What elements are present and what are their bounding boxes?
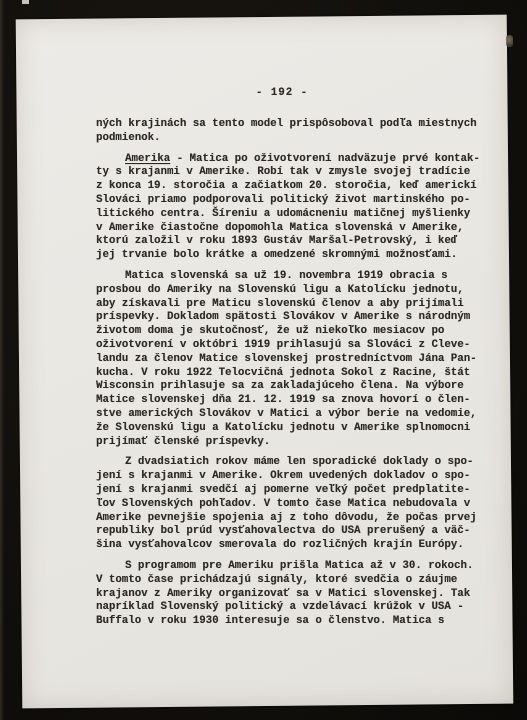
text-line: krajanov z Ameriky organizovať sa v Mati…	[96, 588, 480, 602]
paragraph: Z dvadsiatich rokov máme len sporadické …	[96, 456, 480, 553]
text-line: ktorú založil v roku 1893 Gustáv Maršal-…	[96, 235, 480, 249]
paragraph: S programom pre Ameriku prišla Matica až…	[96, 560, 480, 629]
text-line: aby získavali pre Maticu slovenskú členo…	[96, 298, 480, 312]
text-line: litického centra. Šíreniu a udomácneniu …	[96, 208, 480, 222]
text-line: životom doma je skutočnosť, že už niekoľ…	[96, 325, 480, 339]
staple-artifact	[506, 35, 513, 47]
page-content: - 192 - ných krajinách sa tento model pr…	[19, 17, 510, 706]
text-line: Wisconsin prihlasuje sa za zakladajúceho…	[96, 380, 480, 394]
paragraph: Matica slovenská sa už 19. novembra 1919…	[96, 270, 480, 449]
text-line: ľov Slovenských pohľadov. V tomto čase M…	[96, 498, 480, 512]
text-line: ty s krajanmi v Amerike. Robí tak v zmys…	[96, 166, 480, 180]
text-line: Z dvadsiatich rokov máme len sporadické …	[96, 456, 480, 470]
text-line: jení s krajanmi v Amerike. Okrem uvedený…	[96, 470, 480, 484]
text-line: ných krajinách sa tento model prispôsobo…	[96, 118, 480, 132]
text-line: stve amerických Slovákov v Matici a výbo…	[96, 408, 480, 422]
document-page: - 192 - ných krajinách sa tento model pr…	[16, 15, 514, 709]
text-line: Amerike pevnejšie spojenia aj z toho dôv…	[96, 512, 480, 526]
scan-background: { "document": { "page_number_label": "- …	[0, 0, 527, 720]
text-line: v Amerike čiastočne dopomohla Matica slo…	[96, 222, 480, 236]
text-line: oživotvorení v októbri 1919 prihlasujú s…	[96, 339, 480, 353]
text-line: V tomto čase prichádzajú signály, ktoré …	[96, 574, 480, 588]
text-line: Slováci priamo podporovali politický živ…	[96, 194, 480, 208]
text-line: že Slovenskú ligu a Katolícku jednotu v …	[96, 422, 480, 436]
text-line: z konca 19. storočia a začiatkom 20. sto…	[96, 180, 480, 194]
text-line: prosbou do Ameriky na Slovenskú ligu a K…	[96, 284, 480, 298]
text-line: podmienok.	[96, 132, 480, 146]
text-line: S programom pre Ameriku prišla Matica až…	[96, 560, 480, 574]
text-line: šina vysťahovalcov smerovala do rozličný…	[96, 539, 480, 553]
text-line: kucha. V roku 1922 Telocvičná jednota So…	[96, 367, 480, 381]
text-line: Buffalo v roku 1930 interesuje sa o člen…	[96, 615, 480, 629]
text-line: republiky bol prúd vysťahovalectva do US…	[96, 525, 480, 539]
text-line: Matice slovenskej dňa 21. 12. 1919 sa zn…	[96, 394, 480, 408]
text-line: napríklad Slovenský politický a vzdeláva…	[96, 601, 480, 615]
text-line: príspevky. Dokladom spätosti Slovákov v …	[96, 311, 480, 325]
paragraph: Amerika - Matica po oživotvorení nadväzu…	[96, 153, 480, 263]
text-line: Amerika - Matica po oživotvorení nadväzu…	[96, 153, 480, 167]
page-number: - 192 -	[96, 87, 468, 99]
text-block: ných krajinách sa tento model prispôsobo…	[96, 118, 480, 629]
underlined-word: Amerika	[125, 153, 170, 165]
scan-artifact-corner	[22, 0, 29, 4]
text-line: prijímať členské príspevky.	[96, 436, 480, 450]
paragraph: ných krajinách sa tento model prispôsobo…	[96, 118, 480, 146]
text-line: Matica slovenská sa už 19. novembra 1919…	[96, 270, 480, 284]
scan-edge-glow	[0, 0, 4, 720]
text-line: landu za členov Matice slovenskej prostr…	[96, 353, 480, 367]
text-line: jej trvanie bolo krátke a omedzené skrom…	[96, 249, 480, 263]
text-line: jení s krajanmi svedčí aj pomerne veľký …	[96, 484, 480, 498]
